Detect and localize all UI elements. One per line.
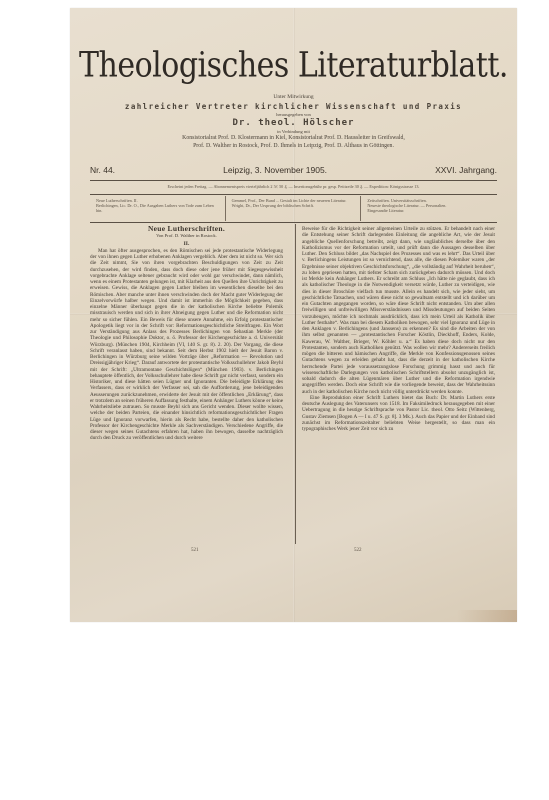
paragraph: Man hat öfter ausgesprochen, es den Römi… <box>90 248 283 442</box>
article-byline: Von Prof. D. Walther in Rostock. <box>90 233 283 239</box>
masthead-line-1: Unter Mitwirkung <box>70 94 517 100</box>
paragraph: Eine Reproduktion einer Schrift Luthers … <box>302 395 495 433</box>
editor-name: Dr. theol. Hölscher <box>70 118 517 128</box>
issue-line: Nr. 44. Leipzig, 3. November 1905. XXVI.… <box>90 165 497 175</box>
article-part: II. <box>90 241 283 247</box>
page-number-left: 521 <box>191 548 199 553</box>
paper-stain <box>457 610 517 622</box>
paragraph: Beweise für die Richtigkeit seiner allge… <box>302 226 495 395</box>
toc-entry: Eingesandte Literatur. <box>367 208 491 213</box>
text-column-right: Beweise für die Richtigkeit seiner allge… <box>302 226 495 548</box>
page-number-right: 522 <box>354 548 362 553</box>
contributors-line-1: Konsistorialrat Prof. D. Klostermann in … <box>70 135 517 141</box>
rule-bottom <box>90 222 497 223</box>
masthead-line-5: in Verbindung mit <box>70 129 517 134</box>
issue-number: Nr. 44. <box>90 165 115 175</box>
toc-column: Gemmel, Prof., Der Bund ... Gestalt im L… <box>226 196 362 221</box>
issue-place-date: Leipzig, 3. November 1905. <box>223 165 327 175</box>
masthead-line-3: herausgegeben von <box>70 112 517 117</box>
issue-volume: XXVI. Jahrgang. <box>435 165 497 175</box>
subscription-info: Erscheint jeden Freitag. — Abonnementspr… <box>90 184 497 189</box>
rule-middle <box>90 194 497 195</box>
masthead-line-2: zahlreicher Vertreter kirchlicher Wissen… <box>70 102 517 111</box>
column-divider <box>295 224 296 544</box>
article-title: Neue Lutherschriften. <box>90 226 283 232</box>
toc-entry: Wright, Dr., Der Ursprung der biblischen… <box>232 203 355 208</box>
toc-entry: Berlichingen, Lic. Dr. O., Die Ausgaben … <box>96 203 219 213</box>
toc-column: Neue Lutherschriften. II. Berlichingen, … <box>90 196 226 221</box>
contributors-line-2: Prof. D. Walther in Rostock, Prof. D. Ih… <box>70 143 517 149</box>
journal-title: Theologisches Literaturblatt. <box>70 45 517 85</box>
table-of-contents: Neue Lutherschriften. II. Berlichingen, … <box>90 196 497 221</box>
text-column-left: Neue Lutherschriften. Von Prof. D. Walth… <box>90 226 283 548</box>
rule-top <box>90 180 497 181</box>
scanned-page: Theologisches Literaturblatt. Unter Mitw… <box>70 8 517 622</box>
toc-column: Zeitschriften. Universitätsschriften. Ne… <box>361 196 497 221</box>
